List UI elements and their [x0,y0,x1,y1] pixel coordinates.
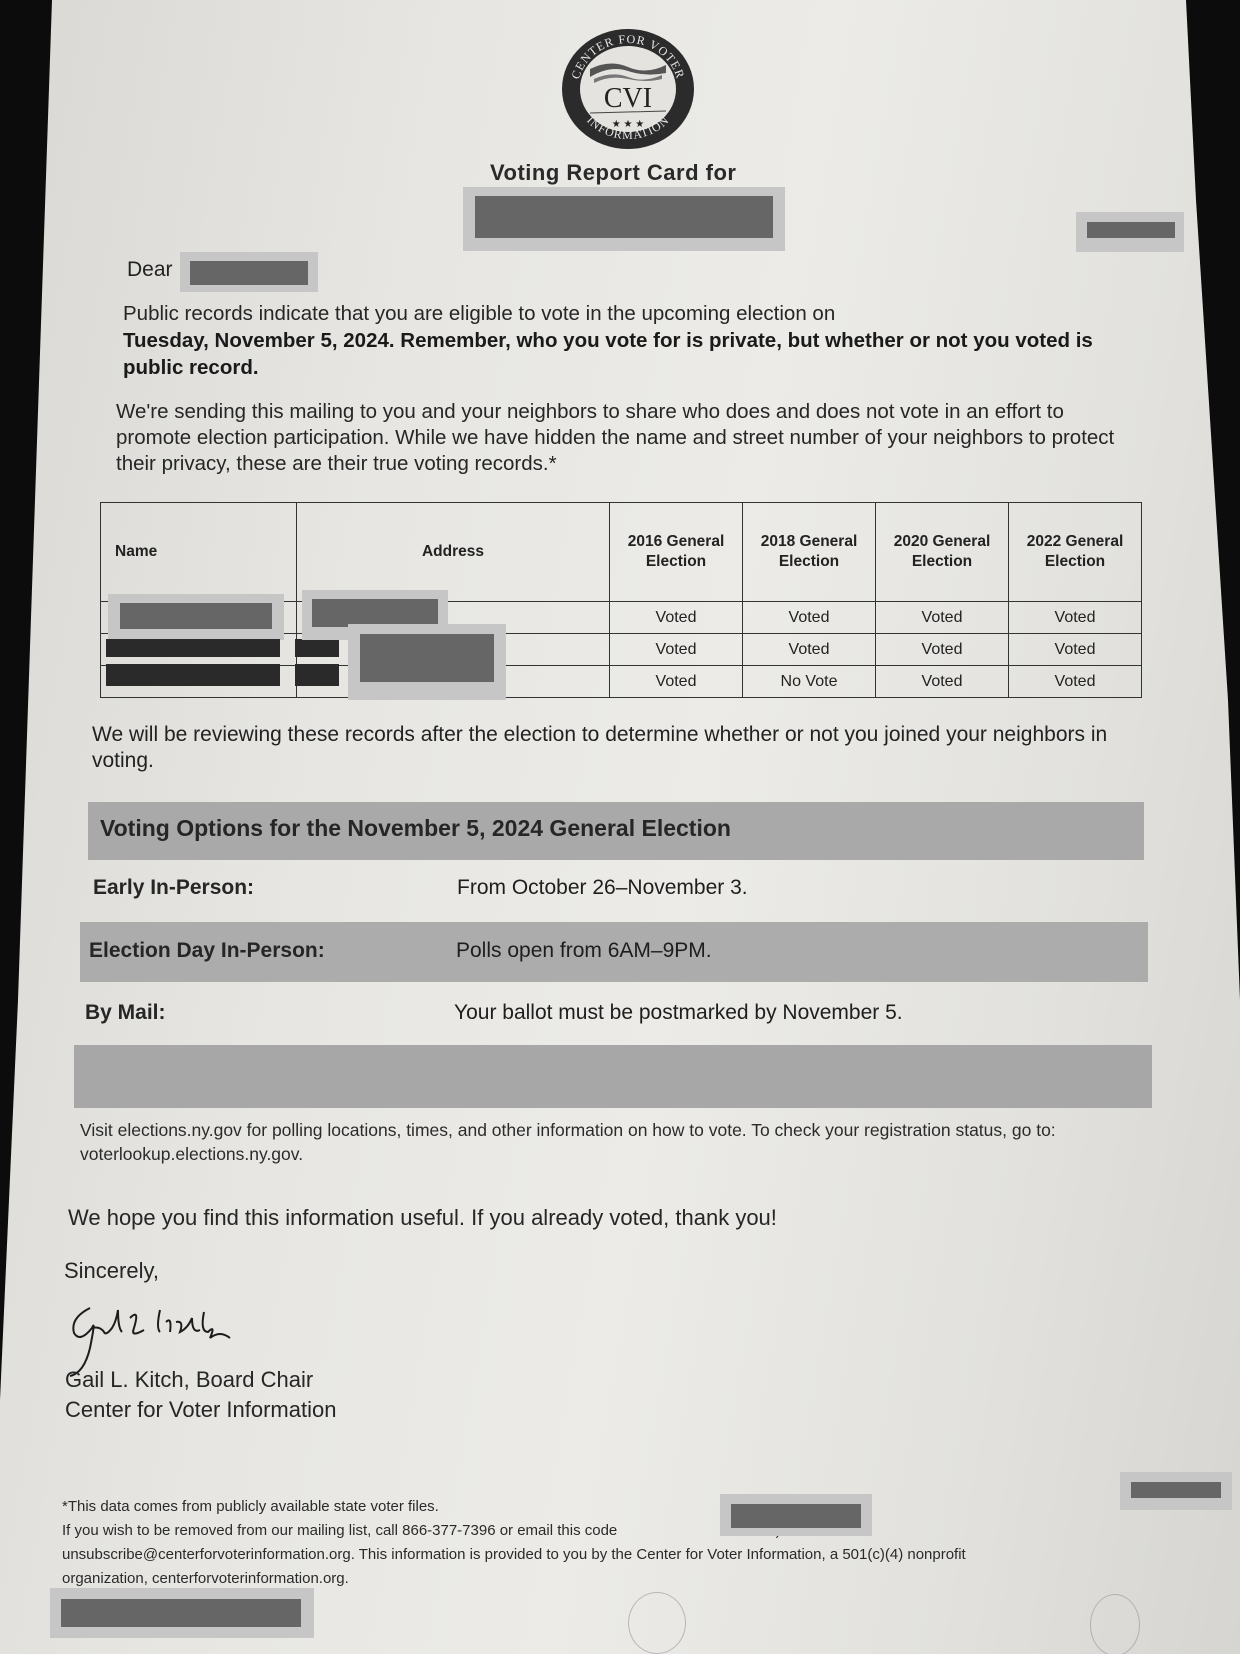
row2-name-blackout [106,639,280,657]
paper-punch-mark [628,1592,686,1654]
option-label-mail: By Mail: [85,1001,166,1025]
row1-address-redacted [312,599,438,627]
signer-block: Gail L. Kitch, Board Chair Center for Vo… [65,1365,336,1425]
intro-bold: Tuesday, November 5, 2024. Remember, who… [123,329,1093,379]
footnote: *This data comes from publicly available… [62,1495,1162,1591]
cell-vote: Voted [1009,602,1142,634]
footnote-unsubscribe-text: If you wish to be removed from our maili… [62,1522,617,1539]
cell-vote: Voted [610,602,743,634]
cell-vote: Voted [1009,666,1142,698]
row3-name-blackout [106,664,280,686]
svg-text:CVI: CVI [604,83,652,114]
cell-vote: No Vote [743,666,876,698]
header-2020: 2020 General Election [876,503,1009,602]
signer-name: Gail L. Kitch, Board Chair [65,1365,336,1395]
closing-sincerely: Sincerely, [64,1258,159,1284]
cell-vote: Voted [1009,634,1142,666]
intro-line: Public records indicate that you are eli… [123,302,835,325]
paper-punch-mark [1090,1594,1140,1654]
blank-gray-band [74,1045,1152,1108]
salutation-name-redacted [190,261,308,285]
footnote-line-2: If you wish to be removed from our maili… [62,1519,1162,1543]
cell-vote: Voted [610,634,743,666]
option-label-early: Early In-Person: [93,876,254,900]
review-notice: We will be reviewing these records after… [92,722,1152,774]
cell-vote: Voted [876,666,1009,698]
cell-vote: Voted [610,666,743,698]
option-value-mail: Your ballot must be postmarked by Novemb… [454,1001,903,1025]
recipient-name-redacted [475,196,773,238]
cell-vote: Voted [876,602,1009,634]
row3-address-blackout [295,664,339,686]
explanation-paragraph: We're sending this mailing to you and yo… [116,399,1136,477]
footnote-line-1: *This data comes from publicly available… [62,1495,1162,1519]
unsubscribe-code-redacted [731,1504,861,1528]
header-address: Address [297,503,610,602]
cvi-logo: CVI ★ ★ ★ CENTER FOR VOTER INFORMATION [560,27,696,151]
option-value-early: From October 26–November 3. [457,876,748,900]
cell-vote: Voted [743,634,876,666]
option-label-election-day: Election Day In-Person: [89,939,325,963]
visit-info: Visit elections.ny.gov for polling locat… [80,1118,1140,1166]
closing-hope: We hope you find this information useful… [68,1205,777,1231]
option-value-election-day: Polls open from 6AM–9PM. [456,939,712,963]
header-name: Name [101,503,297,602]
salutation: Dear [127,258,173,282]
corner-redacted [1087,222,1175,238]
row2-address-blackout [295,639,339,657]
page-title: Voting Report Card for [490,160,736,186]
header-2018: 2018 General Election [743,503,876,602]
signer-organization: Center for Voter Information [65,1395,336,1425]
footnote-line-3: unsubscribe@centerforvoterinformation.or… [62,1543,1162,1567]
row2-3-address-redacted [360,634,494,682]
bottom-left-redacted [61,1599,301,1627]
table-header-row: Name Address 2016 General Election 2018 … [101,503,1142,602]
intro-paragraph: Public records indicate that you are eli… [123,300,1113,381]
cell-vote: Voted [743,602,876,634]
row1-name-redacted [120,603,272,629]
voting-options-title: Voting Options for the November 5, 2024 … [100,815,731,842]
header-2022: 2022 General Election [1009,503,1142,602]
header-2016: 2016 General Election [610,503,743,602]
cell-vote: Voted [876,634,1009,666]
